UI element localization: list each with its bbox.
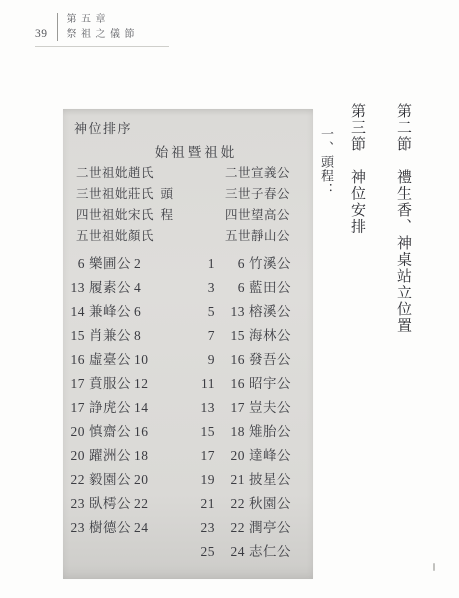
ancestor-name: 秋園公 (245, 492, 313, 516)
ancestor-name: 躍洲公 (85, 444, 133, 468)
roster-row: 23 臥樗公 22 21 22 秋園公 (63, 492, 313, 516)
ancestor-name: 樂圃公 (85, 252, 133, 276)
ancestor-name: 昭宇公 (245, 372, 313, 396)
roster-row: 17 諍虎公 14 13 17 豈夫公 (63, 396, 313, 420)
chapter-name: 祭祖之儀節 (67, 28, 140, 41)
ancestor-name: 諍虎公 (85, 396, 133, 420)
sequence-number-right: 21 (167, 492, 215, 516)
ancestors-block: 二世祖妣趙氏 二世宣義公 三世祖妣莊氏 頭 三世子春公 四世祖妣宋氏 程 四世望… (63, 163, 313, 247)
generation-number-left: 15 (63, 324, 85, 348)
generation-number-left: 17 (63, 396, 85, 420)
ancestor-name: 慎齋公 (85, 420, 133, 444)
subsection-heading: 一、頭程： (317, 127, 336, 197)
ancestor-name: 肖兼公 (85, 324, 133, 348)
sequence-number-right: 13 (167, 396, 215, 420)
ancestor-name: 達峰公 (245, 444, 313, 468)
generation-number-left: 6 (63, 252, 85, 276)
roster-row: 20 慎齋公 16 15 18 雉胎公 (63, 420, 313, 444)
sequence-number-right: 5 (167, 300, 215, 324)
ancestor-name: 志仁公 (245, 540, 313, 564)
section-heading-2: 第二節 禮生香、神桌站立位置 (393, 103, 414, 334)
sequence-number-left: 14 (133, 396, 167, 420)
ancestor-name-right: 五世靜山公 (186, 226, 313, 247)
roster-row: 17 賁服公 12 11 16 昭宇公 (63, 372, 313, 396)
sequence-number-left: 18 (133, 444, 167, 468)
generation-number-left (63, 540, 85, 564)
generation-number-right: 20 (215, 444, 245, 468)
roster-row: 14 兼峰公 6 5 13 榕溪公 (63, 300, 313, 324)
ancestor-name: 臥樗公 (85, 492, 133, 516)
ancestor-name: 藍田公 (245, 276, 313, 300)
chapter-number: 第五章 (67, 13, 140, 26)
ancestor-name: 雉胎公 (245, 420, 313, 444)
generation-number-right: 22 (215, 492, 245, 516)
roster-row: 23 樹德公 24 23 22 潤亭公 (63, 516, 313, 540)
roster-row: 22 毅園公 20 19 21 披星公 (63, 468, 313, 492)
sequence-number-right: 23 (167, 516, 215, 540)
sequence-number-left: 6 (133, 300, 167, 324)
sequence-number-right: 3 (167, 276, 215, 300)
scan-artifact-mark (433, 563, 435, 571)
ancestor-name-left: 二世祖妣趙氏 (76, 163, 148, 184)
ancestor-name: 豈夫公 (245, 396, 313, 420)
ancestor-name: 發吾公 (245, 348, 313, 372)
sequence-number-left: 24 (133, 516, 167, 540)
generation-number-right: 18 (215, 420, 245, 444)
header-divider (57, 13, 58, 41)
ancestor-name: 竹溪公 (245, 252, 313, 276)
sequence-number-right: 19 (167, 468, 215, 492)
sequence-number-right: 1 (167, 252, 215, 276)
ancestor-name: 虛臺公 (85, 348, 133, 372)
ancestor-name: 兼峰公 (85, 300, 133, 324)
generation-number-left: 16 (63, 348, 85, 372)
ancestor-name: 樹德公 (85, 516, 133, 540)
sequence-number-left: 4 (133, 276, 167, 300)
ancestor-name (85, 540, 133, 564)
generation-number-left: 17 (63, 372, 85, 396)
ancestor-name-right: 四世望高公 (186, 205, 313, 226)
generation-number-left: 22 (63, 468, 85, 492)
generation-number-right: 15 (215, 324, 245, 348)
section-heading-3: 第三節 神位安排 (347, 103, 368, 235)
generation-number-left: 20 (63, 444, 85, 468)
ancestor-name: 賁服公 (85, 372, 133, 396)
ancestor-name-left: 五世祖妣顏氏 (76, 226, 148, 247)
table-title: 神位排序 (74, 118, 132, 137)
ancestor-name: 披星公 (245, 468, 313, 492)
table-box: 神位排序 始祖暨祖妣 二世祖妣趙氏 二世宣義公 三世祖妣莊氏 頭 三世子春公 四… (63, 109, 313, 579)
sequence-number-left: 10 (133, 348, 167, 372)
middle-label: 頭 (148, 184, 186, 205)
roster-row: 25 24 志仁公 (63, 540, 313, 564)
sequence-number-left: 20 (133, 468, 167, 492)
ancestor-name-right: 三世子春公 (186, 184, 313, 205)
sequence-number-right: 17 (167, 444, 215, 468)
roster-row: 15 肖兼公 8 7 15 海林公 (63, 324, 313, 348)
middle-label: 程 (148, 205, 186, 226)
generation-number-left: 23 (63, 516, 85, 540)
roster-row: 13 履素公 4 3 6 藍田公 (63, 276, 313, 300)
sequence-number-right: 15 (167, 420, 215, 444)
generation-number-left: 20 (63, 420, 85, 444)
ancestor-name: 榕溪公 (245, 300, 313, 324)
ancestor-row: 五世祖妣顏氏 五世靜山公 (63, 226, 313, 247)
sequence-number-right: 7 (167, 324, 215, 348)
ancestor-name: 海林公 (245, 324, 313, 348)
sequence-number-left (133, 540, 167, 564)
ancestor-name: 潤亭公 (245, 516, 313, 540)
ancestor-name: 毅園公 (85, 468, 133, 492)
sequence-number-left: 16 (133, 420, 167, 444)
middle-label (148, 226, 186, 247)
generation-number-right: 13 (215, 300, 245, 324)
generation-number-right: 16 (215, 372, 245, 396)
middle-label (148, 163, 186, 184)
generation-number-right: 16 (215, 348, 245, 372)
ancestor-row: 四世祖妣宋氏 程 四世望高公 (63, 205, 313, 226)
generation-number-right: 21 (215, 468, 245, 492)
generation-number-right: 17 (215, 396, 245, 420)
table-subtitle: 始祖暨祖妣 (63, 141, 313, 161)
generation-number-left: 14 (63, 300, 85, 324)
sequence-number-right: 25 (167, 540, 215, 564)
ancestor-row: 二世祖妣趙氏 二世宣義公 (63, 163, 313, 184)
ancestor-name: 履素公 (85, 276, 133, 300)
ancestor-name-right: 二世宣義公 (186, 163, 313, 184)
ancestor-row: 三世祖妣莊氏 頭 三世子春公 (63, 184, 313, 205)
sequence-number-left: 8 (133, 324, 167, 348)
roster-row: 20 躍洲公 18 17 20 達峰公 (63, 444, 313, 468)
ancestor-name-left: 三世祖妣莊氏 (76, 184, 148, 205)
generation-number-right: 22 (215, 516, 245, 540)
sequence-number-left: 12 (133, 372, 167, 396)
page-number: 39 (35, 29, 48, 42)
sequence-number-left: 2 (133, 252, 167, 276)
generation-number-right: 6 (215, 252, 245, 276)
roster-block: 6 樂圃公 2 1 6 竹溪公 13 履素公 4 3 6 藍田公 14 兼峰公 … (63, 252, 313, 564)
generation-number-right: 6 (215, 276, 245, 300)
sequence-number-right: 9 (167, 348, 215, 372)
generation-number-right: 24 (215, 540, 245, 564)
roster-row: 6 樂圃公 2 1 6 竹溪公 (63, 252, 313, 276)
chapter-title: 第五章 祭祖之儀節 (67, 13, 140, 41)
generation-number-left: 13 (63, 276, 85, 300)
generation-number-left: 23 (63, 492, 85, 516)
ancestor-name-left: 四世祖妣宋氏 (76, 205, 148, 226)
roster-row: 16 虛臺公 10 9 16 發吾公 (63, 348, 313, 372)
sequence-number-right: 11 (167, 372, 215, 396)
sequence-number-left: 22 (133, 492, 167, 516)
running-header: 39 第五章 祭祖之儀節 (35, 13, 169, 47)
